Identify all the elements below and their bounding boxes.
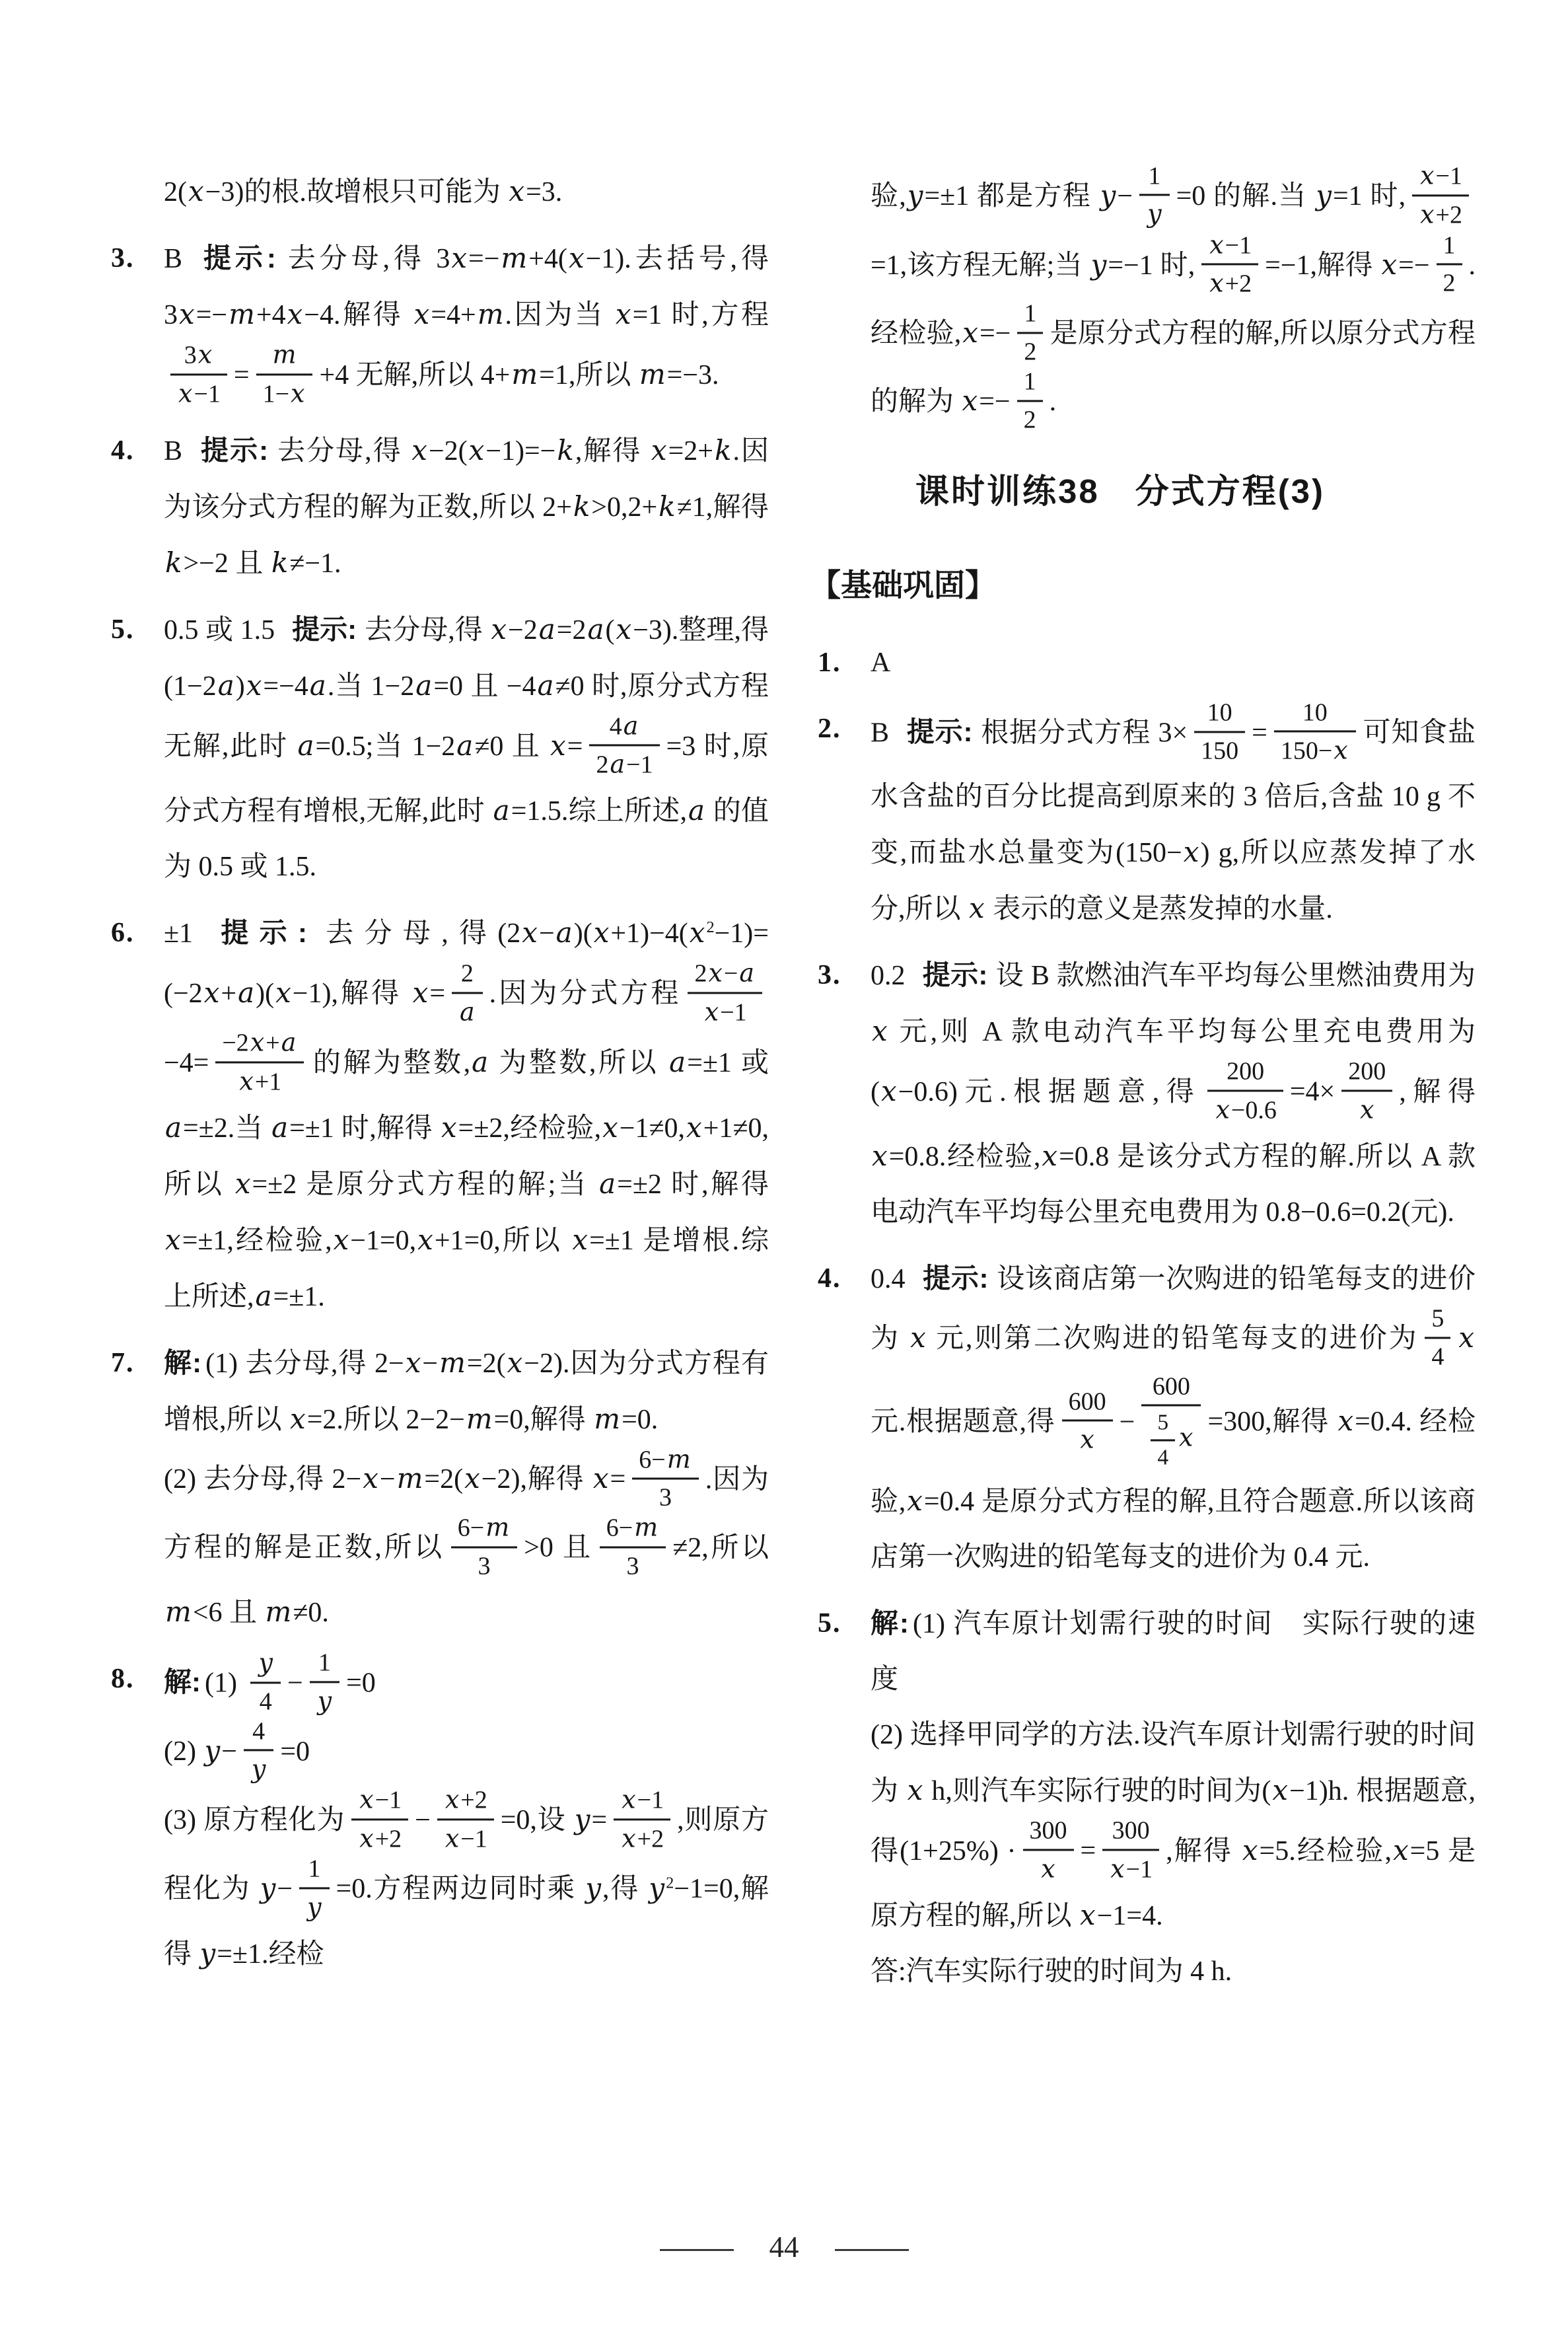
math-variable: m xyxy=(499,242,528,274)
math-variable: a xyxy=(492,794,511,827)
text-run: 6−m xyxy=(606,1514,659,1542)
text-run: y xyxy=(316,1687,333,1715)
math-variable: x xyxy=(1208,230,1225,259)
text-run: y xyxy=(250,1756,267,1784)
text-run: B xyxy=(871,718,889,748)
text-run: 1 xyxy=(308,1855,320,1882)
text-run: (2) y− xyxy=(164,1736,237,1767)
math-variable: x xyxy=(614,298,633,330)
math-variable: x xyxy=(286,298,304,330)
answer-item: 3.B提示:去分母,得 3x=−m+4(x−1).去括号,得 3x=−m+4x−… xyxy=(111,231,769,412)
bold-label: 解: xyxy=(871,1607,909,1639)
math-variable: a xyxy=(254,1280,273,1312)
math-variable: x xyxy=(1214,1095,1230,1125)
math-variable: x xyxy=(961,385,980,417)
text-run: x−1 xyxy=(444,1826,487,1853)
item-number: 1. xyxy=(818,635,867,690)
math-variable: x xyxy=(187,175,205,207)
text-run: 4 xyxy=(252,1717,265,1745)
solution-paragraph: 解:(1) y4−1y=0 xyxy=(164,1651,769,1720)
fraction-denominator: y xyxy=(310,1683,339,1716)
fraction: 1y xyxy=(1139,161,1169,230)
fraction-denominator: x+2 xyxy=(1201,266,1258,299)
math-variable: x xyxy=(1241,1834,1260,1866)
bold-label: 提示: xyxy=(199,435,268,466)
item-number: 4. xyxy=(111,423,160,478)
fraction-numerator: 200 xyxy=(1341,1057,1392,1092)
text-run: 2 xyxy=(1024,406,1036,433)
solution-paragraph: B提示:根据分式方程 3×10150=10150−x可知食盐水含盐的百分比提高到… xyxy=(871,701,1476,938)
math-variable: a xyxy=(687,794,706,827)
item-number: 7. xyxy=(111,1335,160,1391)
fraction-denominator: 150 xyxy=(1194,733,1245,766)
math-variable: a xyxy=(598,1167,617,1200)
text-run: a xyxy=(458,998,476,1026)
text-run: 1 xyxy=(1148,162,1160,190)
math-variable: x xyxy=(177,379,194,408)
fraction: 1y xyxy=(299,1854,329,1923)
text-run: 4 xyxy=(1431,1343,1444,1370)
text-run: =0 xyxy=(280,1736,310,1767)
fraction-numerator: 1 xyxy=(310,1648,339,1683)
fraction-denominator: x−1 xyxy=(437,1821,494,1855)
fraction: 54 xyxy=(1425,1304,1450,1372)
math-variable: x xyxy=(489,613,508,646)
answer-item: 8.解:(1) y4−1y=0(2) y−4y=0(3) 原方程化为x−1x+2… xyxy=(111,1651,769,1982)
math-variable: a xyxy=(280,1027,298,1056)
math-variable: x xyxy=(1079,1425,1095,1454)
math-variable: x xyxy=(1182,836,1201,868)
page-footer: 44 xyxy=(0,2230,1568,2264)
math-variable: k xyxy=(572,490,591,523)
math-variable: a xyxy=(236,977,256,1009)
math-variable: x xyxy=(444,1824,460,1853)
math-variable: m xyxy=(592,1403,622,1435)
text-run: 200 xyxy=(1348,1058,1386,1086)
text-run: (3) 原方程化为 xyxy=(164,1805,345,1835)
fraction: 6−m3 xyxy=(632,1444,698,1513)
text-run: x xyxy=(1359,1097,1375,1125)
math-variable: x xyxy=(620,1785,637,1814)
text-run: A xyxy=(871,647,890,678)
solution-paragraph: 2(x−3)的根.故增根只可能为 x=3. xyxy=(164,164,769,220)
bold-label: 提示: xyxy=(923,959,988,990)
solution-paragraph: 0.5 或 1.5提示:去分母,得 x−2a=2a(x−3).整理,得(1−2a… xyxy=(164,602,769,895)
math-variable: k xyxy=(657,490,676,523)
math-variable: x xyxy=(703,998,720,1027)
math-variable: x xyxy=(234,1167,252,1200)
math-variable: y xyxy=(1146,200,1162,229)
text-run: =−1,解得 x=− xyxy=(1265,250,1429,281)
text-run: 600 xyxy=(1153,1372,1190,1400)
math-variable: x xyxy=(332,1224,351,1256)
math-variable: x xyxy=(404,1347,423,1379)
text-run: 答:汽车实际行驶的时间为 4 h. xyxy=(871,1956,1232,1987)
math-variable: x xyxy=(909,1321,927,1354)
math-variable: x xyxy=(549,729,567,762)
fraction-denominator: x xyxy=(1062,1422,1113,1456)
math-variable: x xyxy=(1336,1405,1355,1437)
math-variable: x xyxy=(289,1403,307,1435)
fraction: 600x xyxy=(1062,1387,1113,1456)
math-variable: x xyxy=(444,1785,460,1814)
text-run: =4× xyxy=(1290,1077,1335,1107)
math-variable: a xyxy=(414,669,433,702)
left-column: 2(x−3)的根.故增根只可能为 x=3.3.B提示:去分母,得 3x=−m+4… xyxy=(111,164,769,1993)
math-variable: m xyxy=(476,298,505,330)
text-run: >0 且 xyxy=(524,1533,592,1563)
math-variable: m xyxy=(465,1403,494,1435)
fraction-denominator: 150−x xyxy=(1274,733,1356,766)
solution-paragraph: (2) 去分母,得 2−x−m=2(x−2),解得 x=6−m3.因为方程的解是… xyxy=(164,1448,769,1641)
text-run: 2a−1 xyxy=(596,751,653,779)
answer-item: 4.B提示:去分母,得 x−2(x−1)=−k,解得 x=2+k.因为该分式方程… xyxy=(111,423,769,591)
math-variable: m xyxy=(271,340,297,369)
fraction-denominator: x xyxy=(1341,1092,1392,1126)
math-variable: x xyxy=(650,434,668,466)
math-variable: x xyxy=(620,1824,637,1853)
fraction-denominator: x+1 xyxy=(215,1063,304,1097)
item-number: 6. xyxy=(111,905,160,961)
text-run: 3 xyxy=(626,1553,639,1580)
fraction: 12 xyxy=(1437,231,1462,299)
math-variable: m xyxy=(484,1513,511,1542)
fraction: 12 xyxy=(1017,367,1043,435)
solution-paragraph: (3) 原方程化为x−1x+2−x+2x−1=0,设 y=x−1x+2,则原方程… xyxy=(164,1788,769,1981)
text-run: y xyxy=(306,1894,322,1921)
answer-item: 2(x−3)的根.故增根只可能为 x=3. xyxy=(111,164,769,220)
math-variable: y xyxy=(584,1872,602,1904)
fraction-denominator: x+2 xyxy=(1412,196,1469,230)
text-run: x−0.6 xyxy=(1214,1097,1276,1125)
text-run: 3 xyxy=(659,1484,672,1512)
math-variable: m xyxy=(638,358,667,390)
fraction: 3xx−1 xyxy=(170,340,227,409)
math-variable: y xyxy=(906,179,925,211)
text-run: y xyxy=(257,1649,273,1677)
math-variable: x xyxy=(1271,1774,1289,1806)
text-run: − xyxy=(415,1805,431,1835)
fraction: 1y xyxy=(310,1648,339,1716)
solution-paragraph: B提示:去分母,得 x−2(x−1)=−k,解得 x=2+k.因为该分式方程的解… xyxy=(164,423,769,591)
fraction-denominator: x+2 xyxy=(351,1821,408,1855)
footer-dash-left-icon xyxy=(660,2249,734,2251)
math-variable: x xyxy=(1457,1321,1476,1354)
math-variable: x xyxy=(463,1462,481,1495)
math-variable: a xyxy=(217,669,236,702)
math-variable: a xyxy=(586,613,605,646)
text-run: x+2 xyxy=(1208,270,1252,298)
text-run: 4 xyxy=(260,1687,272,1715)
text-run: x+2 xyxy=(1419,201,1462,229)
text-run: 1 xyxy=(318,1648,331,1676)
fraction-numerator: 2 xyxy=(452,959,483,994)
math-variable: a xyxy=(308,669,328,702)
math-variable: x xyxy=(410,434,429,466)
text-run: =0 的解.当 y=1 时, xyxy=(1176,181,1406,211)
math-variable: x xyxy=(249,1027,266,1056)
fraction-denominator: 3 xyxy=(632,1480,698,1513)
text-run: x xyxy=(1040,1856,1056,1884)
fraction-denominator: 1−x xyxy=(256,375,313,409)
fraction-denominator: 3 xyxy=(600,1549,666,1582)
fraction: 300x−1 xyxy=(1102,1816,1159,1885)
fraction-denominator: y xyxy=(1139,196,1169,230)
math-variable: m xyxy=(438,1347,467,1379)
text-run: 2 xyxy=(1024,338,1036,366)
math-variable: x xyxy=(567,242,586,274)
text-run: 200 xyxy=(1227,1058,1264,1086)
text-run: (2) 去分母,得 2−x−m=2(x−2),解得 x= xyxy=(164,1464,625,1495)
math-variable: x xyxy=(416,1224,435,1256)
item-number: 5. xyxy=(818,1596,867,1651)
text-run: 3x xyxy=(184,341,213,369)
math-variable: x xyxy=(203,977,221,1009)
text-run: x−1 xyxy=(1208,231,1252,259)
math-variable: x xyxy=(1208,269,1225,298)
text-run: ±1 xyxy=(164,918,193,949)
text-run: y xyxy=(1146,201,1162,229)
math-variable: y xyxy=(1314,179,1333,211)
solution-paragraph: 解:(1) 汽车原计划需行驶的时间 实际行驶的速度 xyxy=(871,1596,1476,1707)
answer-item: 验,y=±1 都是方程 y−1y=0 的解.当 y=1 时,x−1x+2=1,该… xyxy=(818,164,1476,438)
math-variable: a xyxy=(555,916,574,949)
fraction-denominator: x+2 xyxy=(614,1821,670,1855)
bold-label: 提示: xyxy=(906,716,972,747)
fraction: 2a xyxy=(452,959,483,1027)
fraction-denominator: x−1 xyxy=(688,994,762,1028)
math-variable: m xyxy=(633,1513,659,1542)
fraction-numerator: 300 xyxy=(1023,1816,1074,1851)
item-number: 4. xyxy=(818,1251,867,1306)
text-run: +4 无解,所以 4+m=1,所以 m=−3. xyxy=(319,360,719,390)
math-variable: x xyxy=(1040,1140,1059,1172)
math-variable: a xyxy=(455,729,474,762)
text-run: =0,设 y= xyxy=(501,1805,608,1835)
solution-paragraph: (2) y−4y=0 xyxy=(164,1720,769,1789)
fraction-numerator: y xyxy=(250,1648,280,1683)
text-run: x−1 xyxy=(703,999,747,1027)
fraction: 6−m3 xyxy=(600,1513,666,1582)
math-variable: y xyxy=(1099,179,1118,211)
fraction: y4 xyxy=(250,1648,280,1716)
fraction-numerator: 4a xyxy=(589,711,659,747)
text-run: 300 xyxy=(1112,1817,1150,1845)
math-variable: x xyxy=(685,1111,703,1144)
math-variable: a xyxy=(164,1111,183,1144)
text-run: 4 xyxy=(1157,1445,1168,1469)
text-run: 1 xyxy=(1024,367,1036,395)
text-run: 根据分式方程 3× xyxy=(980,718,1188,748)
text-run: (1) xyxy=(205,1668,244,1698)
text-run: = xyxy=(1252,718,1267,748)
fraction: 4y xyxy=(244,1716,273,1785)
math-variable: x xyxy=(1040,1855,1056,1884)
fraction-denominator: 4 xyxy=(1151,1441,1175,1470)
fraction: 4a2a−1 xyxy=(589,711,659,780)
fraction-numerator: 6−m xyxy=(451,1513,517,1549)
math-variable: x xyxy=(506,1347,524,1379)
fraction-denominator: 4 xyxy=(1425,1339,1450,1372)
text-run: x+1 xyxy=(238,1068,281,1095)
math-variable: x xyxy=(245,669,264,702)
math-variable: x xyxy=(440,1111,458,1144)
bold-label: 解: xyxy=(164,1666,201,1697)
math-variable: y xyxy=(250,1755,267,1784)
fraction-denominator: 4 xyxy=(250,1683,280,1716)
text-run: 0.2 xyxy=(871,961,906,991)
text-run: −2x+a xyxy=(222,1029,297,1056)
fraction: 2x−ax−1 xyxy=(688,959,762,1028)
math-variable: x xyxy=(274,977,293,1009)
fraction-numerator: 200 xyxy=(1207,1057,1283,1092)
text-run: x xyxy=(1079,1426,1095,1454)
text-run: 去分母,得(2x−a)(x+1)−4(x xyxy=(315,918,706,949)
text-run: 1 xyxy=(1024,300,1036,328)
fraction-denominator: 2a−1 xyxy=(589,747,659,780)
solution-paragraph: 解:(1) 去分母,得 2−x−m=2(x−2).因为分式方程有增根,所以 x=… xyxy=(164,1335,769,1448)
math-variable: x xyxy=(1380,248,1398,281)
bold-label: 提示: xyxy=(210,917,307,948)
fraction-numerator: 300 xyxy=(1102,1816,1159,1851)
fraction: m1−x xyxy=(256,340,313,409)
math-variable: x xyxy=(1332,736,1349,765)
footer-dash-right-icon xyxy=(835,2249,909,2251)
math-variable: x xyxy=(571,1224,589,1256)
subsection-title: 【基础巩固】 xyxy=(810,554,1476,616)
text-run: 6−m xyxy=(639,1446,692,1473)
fraction-denominator: 2 xyxy=(1437,266,1462,299)
item-number: 5. xyxy=(111,602,160,657)
fraction-denominator: y xyxy=(244,1752,273,1785)
text-run: 0.4 xyxy=(871,1264,906,1294)
solution-paragraph: (2) 选择甲同学的方法.设汽车原计划需行驶的时间为 x h,则汽车实际行驶的时… xyxy=(871,1707,1476,1944)
text-run: 150−x xyxy=(1281,737,1349,765)
text-run: =0 xyxy=(346,1668,376,1698)
text-run: 3 xyxy=(478,1553,491,1580)
text-run: x+2 xyxy=(358,1826,402,1853)
math-variable: y xyxy=(647,1872,666,1904)
math-variable: m xyxy=(264,1596,293,1628)
fraction-numerator: 2x−a xyxy=(688,959,762,994)
item-number: 3. xyxy=(111,231,160,286)
math-variable: x xyxy=(871,1015,889,1047)
section-title: 课时训练38 分式方程(3) xyxy=(818,458,1476,525)
fraction-denominator: x xyxy=(1023,1851,1074,1885)
math-variable: x xyxy=(1392,1834,1410,1866)
math-variable: y xyxy=(306,1892,322,1921)
math-variable: x xyxy=(411,977,430,1009)
superscript: 2 xyxy=(666,1874,674,1892)
text-run: −4= xyxy=(164,1048,209,1078)
fraction-numerator: 3x xyxy=(170,340,227,375)
fraction-numerator: 600 xyxy=(1062,1387,1113,1422)
math-variable: x xyxy=(413,298,431,330)
solution-paragraph: A xyxy=(871,635,1476,690)
text-run: x−1 xyxy=(1419,162,1462,190)
math-variable: x xyxy=(468,434,486,466)
math-variable: x xyxy=(1419,200,1435,229)
text-run: 300 xyxy=(1030,1817,1067,1845)
fraction: 10150−x xyxy=(1274,698,1356,766)
text-run: 6−m xyxy=(458,1514,511,1542)
fraction: −2x+ax+1 xyxy=(215,1027,304,1097)
math-variable: y xyxy=(259,1872,277,1904)
solution-paragraph: 0.4提示:设该商店第一次购进的铅笔每支的进价为 x 元,则第二次购进的铅笔每支… xyxy=(871,1251,1476,1585)
text-run: 1 xyxy=(1443,231,1456,259)
text-run: 可知食盐水含盐的百分比提高到原来的 3 倍后,含盐 10 g 不变,而盐水总量变… xyxy=(871,718,1476,924)
fraction: x−1x+2 xyxy=(1412,161,1469,230)
math-variable: m xyxy=(510,358,539,390)
fraction-denominator: y xyxy=(299,1889,329,1923)
bold-label: 提示: xyxy=(199,242,276,274)
math-variable: y xyxy=(199,1937,217,1970)
fraction-denominator: 3 xyxy=(451,1549,517,1582)
math-variable: x xyxy=(688,916,707,949)
text-run: = xyxy=(234,360,250,390)
item-number: 8. xyxy=(111,1651,160,1707)
fraction-numerator: −2x+a xyxy=(215,1027,304,1063)
answer-item: 3.0.2提示:设 B 款燃油汽车平均每公里燃油费用为 x 元,则 A 款电动汽… xyxy=(818,947,1476,1240)
fraction-numerator: m xyxy=(256,340,313,375)
math-variable: x xyxy=(592,916,611,949)
answer-item: 5.解:(1) 汽车原计划需行驶的时间 实际行驶的速度(2) 选择甲同学的方法.… xyxy=(818,1596,1476,1999)
text-run: 4a xyxy=(610,712,640,740)
text-run: 2 xyxy=(461,959,474,987)
text-run: m xyxy=(271,341,297,369)
fraction-numerator: 1 xyxy=(1139,161,1169,196)
fraction: x−1x+2 xyxy=(1201,230,1258,299)
text-run: x−1 xyxy=(358,1787,402,1814)
text-run: 0.5 或 1.5 xyxy=(164,615,275,646)
bold-label: 提示: xyxy=(292,614,357,645)
fraction-numerator: 1 xyxy=(299,1854,329,1889)
fraction-numerator: 4 xyxy=(244,1716,273,1752)
answer-item: 4.0.4提示:设该商店第一次购进的铅笔每支的进价为 x 元,则第二次购进的铅笔… xyxy=(818,1251,1476,1585)
fraction: x+2x−1 xyxy=(437,1785,494,1855)
solution-paragraph: B提示:去分母,得 3x=−m+4(x−1).去括号,得 3x=−m+4x−4.… xyxy=(164,231,769,412)
math-variable: x xyxy=(197,340,213,369)
answer-item: 1.A xyxy=(818,635,1476,690)
fraction: 200x−0.6 xyxy=(1207,1057,1283,1126)
math-variable: a xyxy=(270,1111,289,1144)
fraction-numerator: 1 xyxy=(1017,299,1043,334)
fraction-denominator: 54x xyxy=(1141,1407,1201,1471)
fraction-denominator: x−0.6 xyxy=(1207,1092,1283,1126)
math-variable: a xyxy=(458,997,476,1026)
superscript: 2 xyxy=(706,918,714,936)
text-run: 验,y=±1 都是方程 y− xyxy=(871,181,1133,211)
answer-item: 7.解:(1) 去分母,得 2−x−m=2(x−2).因为分式方程有增根,所以 … xyxy=(111,1335,769,1641)
answer-item: 6.±1提示:去分母,得(2x−a)(x+1)−4(x2−1)=(−2x+a)(… xyxy=(111,905,769,1324)
math-variable: x xyxy=(361,1462,380,1495)
fraction-numerator: 6−m xyxy=(600,1513,666,1549)
fraction: x−1x+2 xyxy=(351,1785,408,1855)
math-variable: m xyxy=(396,1462,425,1495)
answer-item: 5.0.5 或 1.5提示:去分母,得 x−2a=2a(x−3).整理,得(1−… xyxy=(111,602,769,895)
math-variable: y xyxy=(257,1648,273,1677)
fraction-numerator: 10 xyxy=(1194,698,1245,733)
text-run: (1) 汽车原计划需行驶的时间 实际行驶的速度 xyxy=(871,1609,1476,1695)
text-run: 10 xyxy=(1207,699,1232,727)
math-variable: k xyxy=(713,434,732,466)
fraction-numerator: 600 xyxy=(1141,1372,1201,1407)
fraction-denominator: a xyxy=(452,994,483,1027)
fraction-numerator: x−1 xyxy=(614,1785,670,1821)
math-variable: x xyxy=(968,892,986,924)
math-variable: x xyxy=(1419,161,1435,190)
bold-label: 提示: xyxy=(923,1263,989,1294)
